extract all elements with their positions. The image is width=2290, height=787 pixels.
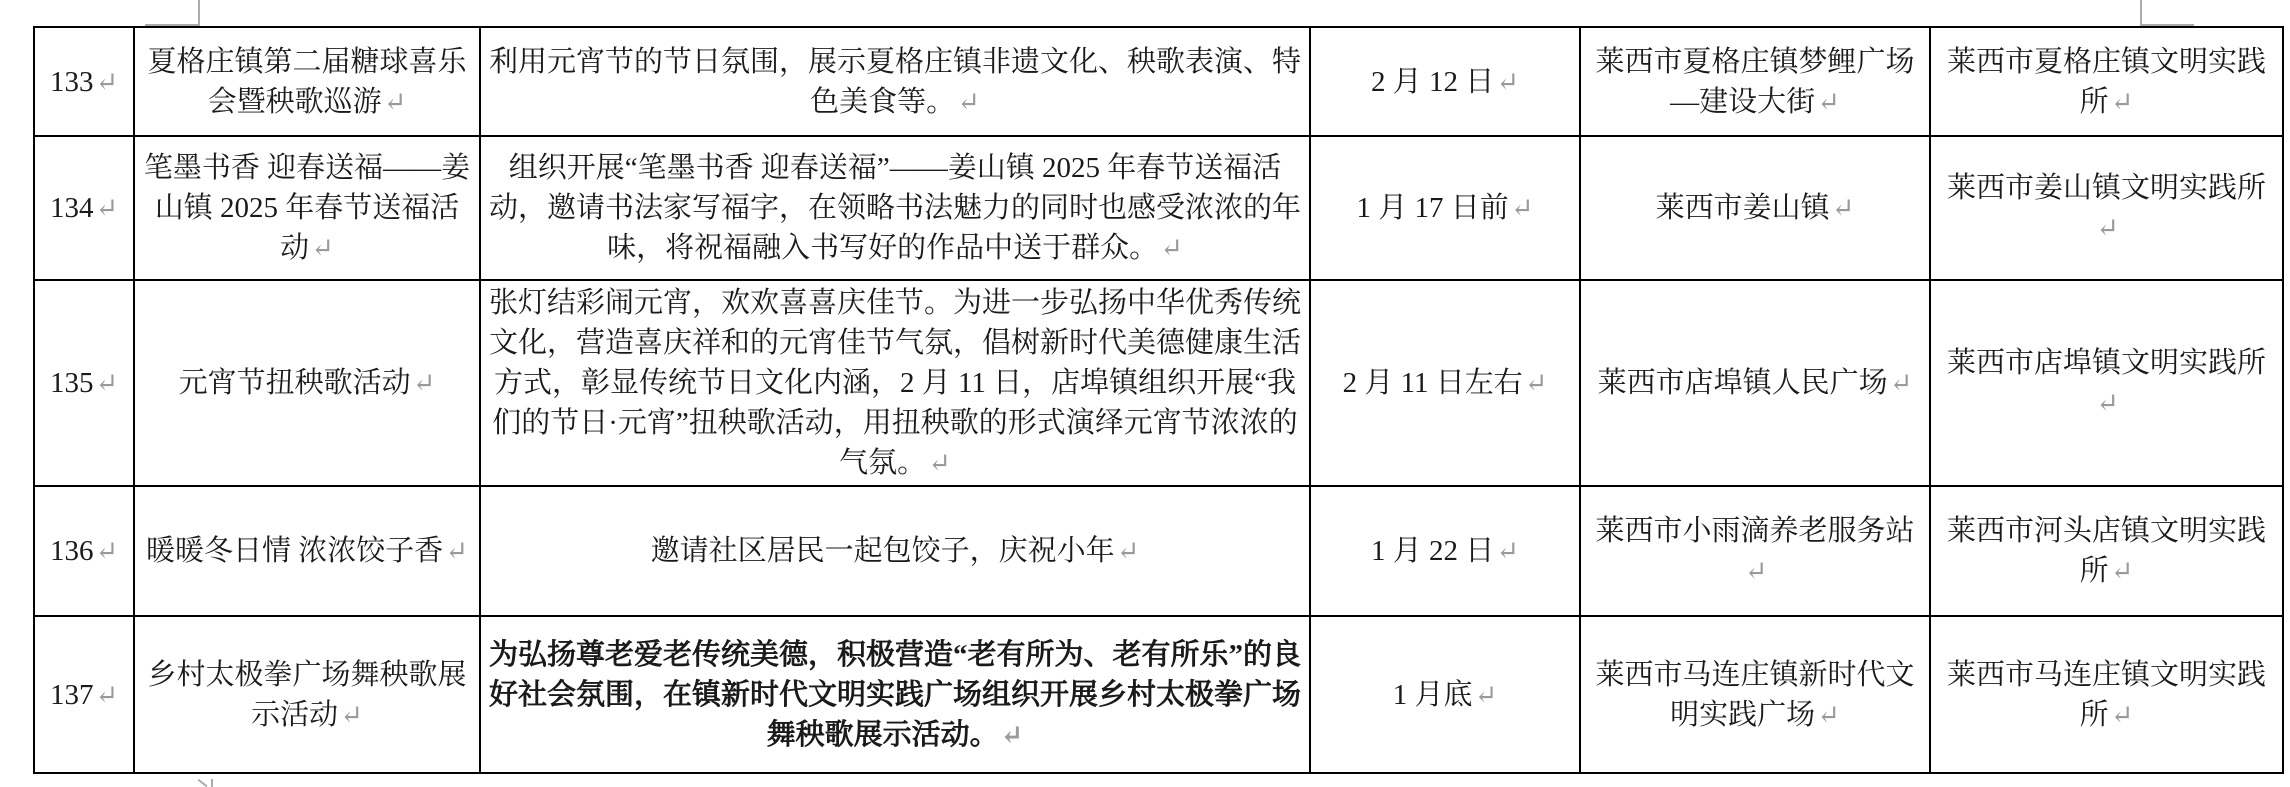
row-number: 136 [50, 535, 94, 567]
activity-organization: 莱西市河头店镇文明实践所 [1947, 515, 2266, 587]
cell-date[interactable]: 2 月 11 日左右↵ [1310, 280, 1580, 486]
cell-date[interactable]: 1 月底↵ [1310, 616, 1580, 773]
cell-location[interactable]: 莱西市马连庄镇新时代文明实践广场↵ [1580, 616, 1930, 773]
activity-date: 1 月底 [1393, 679, 1473, 711]
cell-organization[interactable]: 莱西市夏格庄镇文明实践所↵ [1930, 27, 2283, 136]
activity-description: 邀请社区居民一起包饺子，庆祝小年 [651, 535, 1115, 567]
paragraph-mark-icon: ↵ [309, 233, 334, 263]
cell-organization[interactable]: 莱西市店埠镇文明实践所↵ [1930, 280, 2283, 486]
paragraph-mark-icon: ↵ [1743, 556, 1768, 586]
table-row: 134↵ 笔墨书香 迎春送福——姜山镇 2025 年春节送福活动↵ 组织开展“笔… [34, 136, 2283, 280]
paragraph-mark-icon: ↵ [2094, 388, 2119, 418]
paragraph-mark-icon: ↵ [955, 87, 980, 117]
cell-number[interactable]: 135↵ [34, 280, 134, 486]
cell-location[interactable]: 莱西市店埠镇人民广场↵ [1580, 280, 1930, 486]
activity-location: 莱西市马连庄镇新时代文明实践广场 [1595, 659, 1914, 731]
paragraph-mark-icon: ↵ [1473, 680, 1498, 710]
paragraph-mark-icon: ↵ [93, 67, 118, 97]
activity-name: 暖暖冬日情 浓浓饺子香 [146, 535, 443, 567]
row-number: 134 [50, 192, 94, 224]
paragraph-mark-icon: ↵ [1158, 233, 1183, 263]
activity-organization: 莱西市马连庄镇文明实践所 [1947, 659, 2266, 731]
cell-description[interactable]: 邀请社区居民一起包饺子，庆祝小年↵ [480, 486, 1310, 616]
cell-number[interactable]: 137↵ [34, 616, 134, 773]
cell-number[interactable]: 134↵ [34, 136, 134, 280]
row-number: 135 [50, 367, 94, 399]
cell-organization[interactable]: 莱西市姜山镇文明实践所↵ [1930, 136, 2283, 280]
paragraph-mark-icon: ↵ [93, 680, 118, 710]
activity-organization: 莱西市店埠镇文明实践所 [1947, 347, 2266, 379]
row-number: 137 [50, 679, 94, 711]
paragraph-mark-icon: ↵ [93, 536, 118, 566]
paragraph-mark-icon: ↵ [999, 720, 1024, 750]
activity-name: 夏格庄镇第二届糖球喜乐会暨秧歌巡游 [147, 46, 466, 118]
activity-name: 笔墨书香 迎春送福——姜山镇 2025 年春节送福活动 [144, 152, 470, 264]
cell-location[interactable]: 莱西市姜山镇↵ [1580, 136, 1930, 280]
cell-description[interactable]: 组织开展“笔墨书香 迎春送福”——姜山镇 2025 年春节送福活动，邀请书法家写… [480, 136, 1310, 280]
cell-date[interactable]: 1 月 22 日↵ [1310, 486, 1580, 616]
paragraph-mark-icon: ↵ [443, 536, 468, 566]
paragraph-mark-icon: ↵ [2109, 87, 2134, 117]
paragraph-mark-icon: ↵ [93, 193, 118, 223]
activity-organization: 莱西市姜山镇文明实践所 [1947, 172, 2266, 204]
activity-name: 乡村太极拳广场舞秧歌展示活动 [147, 659, 466, 731]
activity-location: 莱西市店埠镇人民广场 [1598, 367, 1888, 399]
cutoff-cell-corner-icon [145, 0, 200, 26]
paragraph-mark-icon: ↵ [1888, 368, 1913, 398]
cell-location[interactable]: 莱西市夏格庄镇梦鲤广场—建设大街↵ [1580, 27, 1930, 136]
cell-number[interactable]: 136↵ [34, 486, 134, 616]
cell-description[interactable]: 利用元宵节的节日氛围，展示夏格庄镇非遗文化、秧歌表演、特色美食等。↵ [480, 27, 1310, 136]
table-row: 135↵ 元宵节扭秧歌活动↵ 张灯结彩闹元宵，欢欢喜喜庆佳节。为进一步弘扬中华优… [34, 280, 2283, 486]
paragraph-mark-icon: ↵ [1509, 193, 1534, 223]
cell-date[interactable]: 1 月 17 日前↵ [1310, 136, 1580, 280]
row-number: 133 [50, 66, 94, 98]
table-row: 136↵ 暖暖冬日情 浓浓饺子香↵ 邀请社区居民一起包饺子，庆祝小年↵ 1 月 … [34, 486, 2283, 616]
paragraph-mark-icon: ↵ [1815, 700, 1840, 730]
activity-date: 2 月 12 日 [1371, 66, 1494, 98]
cell-description[interactable]: 张灯结彩闹元宵，欢欢喜喜庆佳节。为进一步弘扬中华优秀传统文化，营造喜庆祥和的元宵… [480, 280, 1310, 486]
cutoff-paragraph-mark-icon [198, 779, 208, 787]
cutoff-cell-corner-icon [2140, 0, 2194, 26]
cell-activity-name[interactable]: 暖暖冬日情 浓浓饺子香↵ [134, 486, 480, 616]
paragraph-mark-icon: ↵ [1115, 536, 1140, 566]
activity-location: 莱西市小雨滴养老服务站 [1595, 515, 1914, 547]
cell-activity-name[interactable]: 乡村太极拳广场舞秧歌展示活动↵ [134, 616, 480, 773]
cell-date[interactable]: 2 月 12 日↵ [1310, 27, 1580, 136]
cell-organization[interactable]: 莱西市马连庄镇文明实践所↵ [1930, 616, 2283, 773]
cell-organization[interactable]: 莱西市河头店镇文明实践所↵ [1930, 486, 2283, 616]
cell-activity-name[interactable]: 夏格庄镇第二届糖球喜乐会暨秧歌巡游↵ [134, 27, 480, 136]
paragraph-mark-icon: ↵ [1494, 536, 1519, 566]
paragraph-mark-icon: ↵ [1523, 368, 1548, 398]
activity-description: 张灯结彩闹元宵，欢欢喜喜庆佳节。为进一步弘扬中华优秀传统文化，营造喜庆祥和的元宵… [489, 287, 1301, 479]
paragraph-mark-icon: ↵ [1815, 87, 1840, 117]
activity-name: 元宵节扭秧歌活动 [179, 367, 411, 399]
activity-description: 利用元宵节的节日氛围，展示夏格庄镇非遗文化、秧歌表演、特色美食等。 [489, 46, 1301, 118]
cell-number[interactable]: 133↵ [34, 27, 134, 136]
paragraph-mark-icon: ↵ [2109, 556, 2134, 586]
paragraph-mark-icon: ↵ [338, 700, 363, 730]
activity-organization: 莱西市夏格庄镇文明实践所 [1947, 46, 2266, 118]
activity-description: 为弘扬尊老爱老传统美德，积极营造“老有所为、老有所乐”的良好社会氛围，在镇新时代… [489, 639, 1301, 751]
paragraph-mark-icon: ↵ [2094, 213, 2119, 243]
paragraph-mark-icon: ↵ [2109, 700, 2134, 730]
paragraph-mark-icon: ↵ [926, 448, 951, 478]
cutoff-paragraph-mark-icon [211, 779, 213, 787]
activity-schedule-table: 133↵ 夏格庄镇第二届糖球喜乐会暨秧歌巡游↵ 利用元宵节的节日氛围，展示夏格庄… [33, 26, 2284, 774]
activity-location: 莱西市姜山镇 [1656, 192, 1830, 224]
table-row: 133↵ 夏格庄镇第二届糖球喜乐会暨秧歌巡游↵ 利用元宵节的节日氛围，展示夏格庄… [34, 27, 2283, 136]
paragraph-mark-icon: ↵ [1494, 67, 1519, 97]
activity-location: 莱西市夏格庄镇梦鲤广场—建设大街 [1595, 46, 1914, 118]
cell-activity-name[interactable]: 元宵节扭秧歌活动↵ [134, 280, 480, 486]
cell-location[interactable]: 莱西市小雨滴养老服务站↵ [1580, 486, 1930, 616]
paragraph-mark-icon: ↵ [382, 87, 407, 117]
paragraph-mark-icon: ↵ [411, 368, 436, 398]
paragraph-mark-icon: ↵ [93, 368, 118, 398]
activity-date: 2 月 11 日左右 [1343, 367, 1523, 399]
cell-description[interactable]: 为弘扬尊老爱老传统美德，积极营造“老有所为、老有所乐”的良好社会氛围，在镇新时代… [480, 616, 1310, 773]
paragraph-mark-icon: ↵ [1830, 193, 1855, 223]
table-row: 137↵ 乡村太极拳广场舞秧歌展示活动↵ 为弘扬尊老爱老传统美德，积极营造“老有… [34, 616, 2283, 773]
activity-date: 1 月 22 日 [1371, 535, 1494, 567]
activity-date: 1 月 17 日前 [1357, 192, 1509, 224]
cell-activity-name[interactable]: 笔墨书香 迎春送福——姜山镇 2025 年春节送福活动↵ [134, 136, 480, 280]
